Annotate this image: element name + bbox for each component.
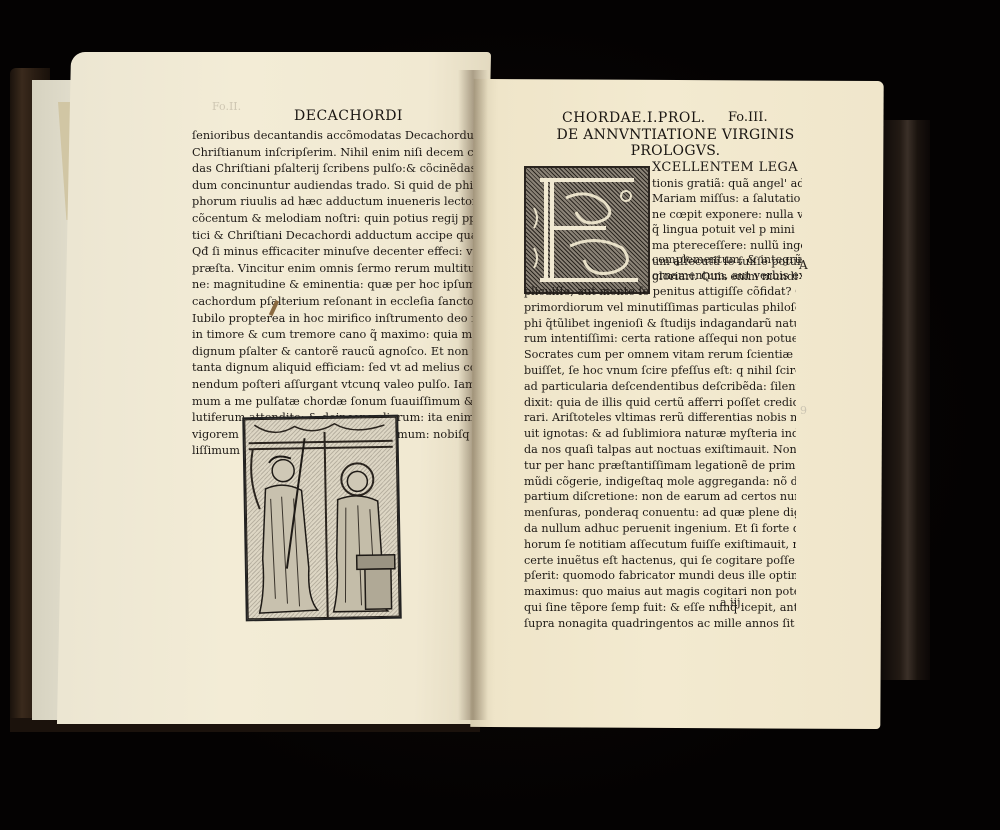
text-line: qui ſine tẽpore ſemp fuit: & eſſe nunq̃ …	[524, 600, 796, 616]
text-line: ne cœpit exponere: nulla vn	[652, 207, 802, 223]
text-line: phi q̃tũlibet ingenioſi & ſtudijs indaga…	[524, 316, 796, 332]
text-line: q̃ lingua potuit vel p mini	[652, 222, 802, 238]
text-line: rum intentiſſimi: certa ratione aſſequi …	[524, 331, 796, 347]
text-line: primordiorum vel minutiſſimas particulas…	[524, 300, 796, 316]
gutter-shadow	[458, 70, 488, 720]
left-page-show-through: Fo.II.	[212, 100, 241, 113]
text-line: partium diſcretione: non de earum ad cer…	[524, 489, 796, 505]
text-line: plicuiſſe, aut mente ſe penitus attigiſſ…	[524, 284, 796, 300]
text-line: cachordum pſalterium reſonant in eccleſi…	[192, 294, 474, 311]
text-line: nendum poſteri aſſurgant vtcunq valeo pu…	[192, 377, 474, 394]
text-line: uit ignotas: & ad ſublimiora naturæ myſt…	[524, 426, 796, 442]
text-line: dum concinuntur audiendas trado. Si quid…	[192, 178, 474, 195]
leather-binding-right	[880, 120, 930, 680]
text-line: ſupra nonagita quadringentos ac mille an…	[524, 616, 796, 632]
title-line: PROLOGVS.	[553, 143, 798, 159]
signature-mark: a iij.	[720, 596, 744, 609]
text-line: tionis gratiã: quã angel' ad	[652, 176, 802, 192]
decorated-initial	[524, 166, 650, 294]
text-line: maximus: quo maius aut magis cogitari no…	[524, 584, 796, 600]
book-photo: Fo.II. DECACHORDI ſenioribus decantandis…	[0, 0, 1000, 830]
text-line: cõcentum & melodiam noſtri: quin potius …	[192, 211, 474, 228]
folio-number: Fo.III.	[728, 110, 768, 125]
initial-letter-e-icon	[526, 168, 648, 292]
text-line: ſenioribus decantandis accõmodatas Decac…	[192, 128, 474, 145]
text-line: da nos quaſi talpas aut noctuas exiſtima…	[524, 442, 796, 458]
text-line: certe inuẽtus eſt hactenus, qui ſe cogit…	[524, 553, 796, 569]
text-line: das Chriſtiani pſalterij ſcribens pulſo:…	[192, 161, 474, 178]
left-running-head: DECACHORDI	[294, 108, 403, 124]
right-page-body: complementum, & integrũ ornamentum, aut …	[652, 252, 802, 284]
text-line: tanta dignum aliquid efficiam: ſed vt ad…	[192, 360, 474, 377]
text-line: complementum, & integrũ	[652, 252, 802, 268]
text-line: præſta. Vincitur enim omnis ſermo rerum …	[192, 261, 474, 278]
text-line: XCELLENTEM LEGA	[652, 160, 802, 176]
text-line: in timore & cum tremore cano q̃ maximo: …	[192, 327, 474, 344]
left-page-body: ſenioribus decantandis accõmodatas Decac…	[192, 128, 474, 460]
text-line: ne: magnitudine & eminentia: quæ per hoc…	[192, 277, 474, 294]
text-line: mũdi cõgerie, indigeſtaq mole aggreganda…	[524, 474, 796, 490]
text-line: ornamentum, aut verbis ex	[652, 268, 802, 284]
text-line: buiſſet, ſe hoc vnum ſcire pfeſſus eſt: …	[524, 363, 796, 379]
right-running-head: CHORDAE.I.PROL.	[562, 110, 706, 126]
woodcut-illustration-icon	[244, 417, 399, 620]
text-line: da nullum adhuc peruenit ingenium. Et ſi…	[524, 521, 796, 537]
annunciation-woodcut	[242, 415, 402, 622]
text-line: Mariam miſſus: a ſalutatio	[652, 191, 802, 207]
text-line: pſerit: quomodo fabricator mundi deus il…	[524, 568, 796, 584]
text-line: dignum pſalter & cantorẽ raucũ agnoſco. …	[192, 344, 474, 361]
text-line: Qđ ſi minus efficaciter minuſve decenter…	[192, 244, 474, 261]
text-line: menſuras, ponderaq conuentu: ad quæ plen…	[524, 505, 796, 521]
text-line: rari. Ariſtoteles vltimas rerũ different…	[524, 410, 796, 426]
text-line: mum a me pulſatæ chordæ ſonum ſuauiſſimu…	[192, 394, 474, 411]
margin-show-through: 9	[800, 404, 807, 417]
text-line: tici & Chriſtiani Decachordi adductum ac…	[192, 228, 474, 245]
text-line: ad particularia deſcendentibus deſcribẽd…	[524, 379, 796, 395]
right-page-body: plicuiſſe, aut mente ſe penitus attigiſſ…	[524, 284, 796, 632]
chapter-title: DE ANNVNTIATIONE VIRGINIS PROLOGVS.	[553, 127, 798, 159]
text-line: Iubilo propterea in hoc mirifico inſtrum…	[192, 311, 474, 328]
text-line: tur per hanc præſtantiſſimam legationẽ d…	[524, 458, 796, 474]
title-line: DE ANNVNTIATIONE VIRGINIS	[553, 127, 798, 143]
margin-letter: A	[799, 258, 808, 272]
text-line: dixit: quia de illis quid certũ afferri …	[524, 395, 796, 411]
text-line: phorum riuulis ad hæc adductum inueneris…	[192, 194, 474, 211]
text-line: horum ſe notitiam aſſecutum fuiſſe exiſt…	[524, 537, 796, 553]
text-line: Socrates cum per omnem vitam rerum ſcien…	[524, 347, 796, 363]
text-line: Chriſtianum inſcripſerim. Nihil enim niſ…	[192, 145, 474, 162]
